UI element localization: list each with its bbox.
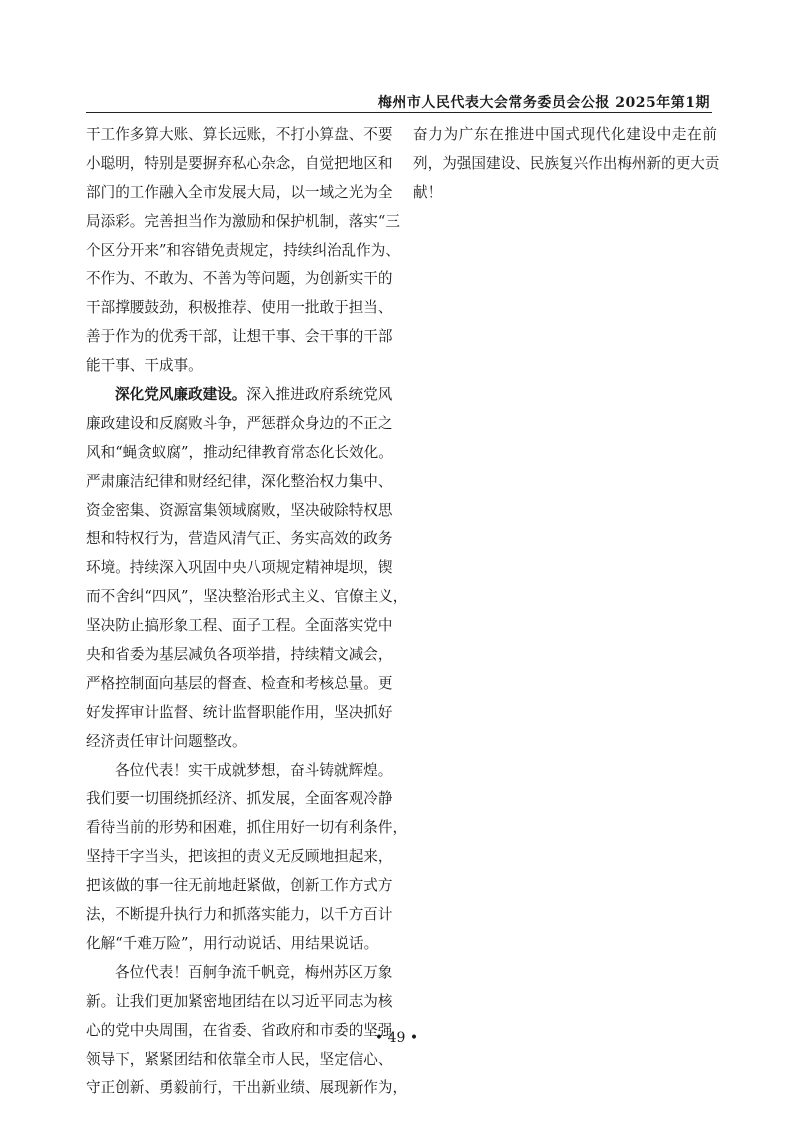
text-line: 坚持干字当头，把该担的责义无反顾地担起来， (86, 843, 390, 872)
text-line: 严格控制面向基层的督查、检查和考核总量。更 (86, 670, 390, 699)
text-line: 小聪明，特别是要摒弃私心杂念，自觉把地区和 (86, 150, 390, 179)
text-line: 看待当前的形势和困难，抓住用好一切有利条件， (86, 814, 390, 843)
text-line: 好发挥审计监督、统计监督职能作用，坚决抓好 (86, 699, 390, 728)
text-line: 不作为、不敢为、不善为等问题，为创新实干的 (86, 265, 390, 294)
running-header: 梅州市人民代表大会常务委员会公报 2025年第1期 (86, 92, 712, 113)
text-line: 献！ (413, 179, 717, 208)
text-line: 善于作为的优秀干部，让想干事、会干事的干部 (86, 323, 390, 352)
text-line: 个区分开来”和容错免责规定，持续纠治乱作为、 (86, 237, 390, 266)
text-line: 守正创新、勇毅前行，干出新业绩、展现新作为， (86, 1074, 390, 1103)
text-line: 经济责任审计问题整改。 (86, 728, 390, 757)
text-line: 坚决防止搞形象工程、面子工程。全面落实党中 (86, 612, 390, 641)
text-line: 各位代表！百舸争流千帆竞，梅州苏区万象 (86, 959, 390, 988)
text-line: 想和特权行为，营造风清气正、务实高效的政务 (86, 525, 390, 554)
text-line: 风和“蝇贪蚁腐”，推动纪律教育常态化长效化。 (86, 439, 390, 468)
text-line: 严肃廉洁纪律和财经纪律，深化整治权力集中、 (86, 468, 390, 497)
text-line: 我们要一切围绕抓经济、抓发展，全面客观冷静 (86, 785, 390, 814)
text-line: 廉政建设和反腐败斗争，严惩群众身边的不正之 (86, 410, 390, 439)
text-line: 部门的工作融入全市发展大局，以一域之光为全 (86, 179, 390, 208)
left-column: 干工作多算大账、算长远账，不打小算盘、不要 小聪明，特别是要摒弃私心杂念，自觉把… (86, 121, 390, 1103)
paragraph-call-to-action: 各位代表！实干成就梦想，奋斗铸就辉煌。 我们要一切围绕抓经济、抓发展，全面客观冷… (86, 757, 390, 959)
text-line: 央和省委为基层减负各项举措，持续精文减会， (86, 641, 390, 670)
text-line: 而不舍纠“四风”，坚决整治形式主义、官僚主义， (86, 583, 390, 612)
text-line: 奋力为广东在推进中国式现代化建设中走在前 (413, 121, 717, 150)
text-line: 新。让我们更加紧密地团结在以习近平同志为核 (86, 988, 390, 1017)
text-line: 列，为强国建设、民族复兴作出梅州新的更大贡 (413, 150, 717, 179)
text-line: 环境。持续深入巩固中央八项规定精神堤坝，锲 (86, 554, 390, 583)
section-heading: 深化党风廉政建设。 (115, 386, 246, 403)
text-line: 领导下，紧紧团结和依靠全市人民，坚定信心、 (86, 1046, 390, 1075)
text-line: 法，不断提升执行力和抓落实能力，以千方百计 (86, 901, 390, 930)
text-line: 各位代表！实干成就梦想，奋斗铸就辉煌。 (86, 757, 390, 786)
paragraph-clean-governance: 深化党风廉政建设。深入推进政府系统党风 廉政建设和反腐败斗争，严惩群众身边的不正… (86, 381, 390, 757)
text-line: 资金密集、资源富集领域腐败，坚决破除特权思 (86, 497, 390, 526)
text-line: 干部撑腰鼓劲，积极推荐、使用一批敢于担当、 (86, 294, 390, 323)
right-column: 奋力为广东在推进中国式现代化建设中走在前 列，为强国建设、民族复兴作出梅州新的更… (413, 121, 717, 208)
text-fragment: 深入推进政府系统党风 (246, 386, 392, 403)
publication-title: 梅州市人民代表大会常务委员会公报 2025年第1期 (378, 92, 710, 112)
text-line: 局添彩。完善担当作为激励和保护机制，落实“三 (86, 208, 390, 237)
text-line: 深化党风廉政建设。深入推进政府系统党风 (86, 381, 390, 410)
paragraph-cadre-incentives: 干工作多算大账、算长远账，不打小算盘、不要 小聪明，特别是要摒弃私心杂念，自觉把… (86, 121, 390, 381)
text-line: 化解“千难万险”，用行动说话、用结果说话。 (86, 930, 390, 959)
text-line: 干工作多算大账、算长远账，不打小算盘、不要 (86, 121, 390, 150)
page-number: • 49 • (0, 1030, 793, 1046)
text-line: 能干事、干成事。 (86, 352, 390, 381)
text-line: 把该做的事一往无前地赶紧做，创新工作方式方 (86, 872, 390, 901)
